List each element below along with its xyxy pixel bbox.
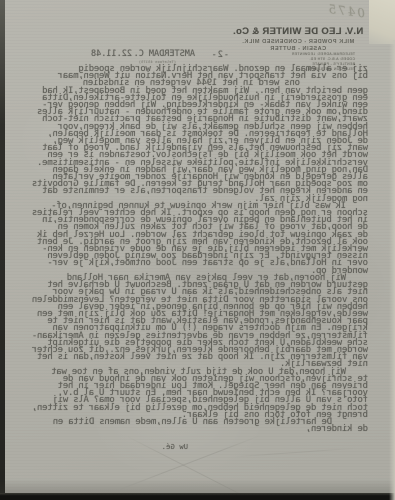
signature: Uw Gé.: [162, 443, 189, 451]
adjacent-paper-corner: [369, 0, 395, 44]
body-line: de kinderen,: [22, 426, 368, 433]
mirrored-sheet: 0475 N.V. LEO DE WINTER & Co. MILK POWDE…: [0, 0, 395, 500]
paragraph: Ik was blij hier mijn werk opnieuw te ku…: [22, 203, 368, 275]
products-line-1: MILK POWDER - CONDENSED MILK.: [228, 39, 368, 45]
scan-edge-left: [0, 0, 5, 500]
pencil-annotation: 0475: [326, 2, 366, 21]
letter-body: zij er allemaal en gezond. Waarschijnlij…: [22, 66, 368, 433]
page-number: -2-: [211, 50, 229, 60]
paper-crease: [235, 448, 355, 457]
paragraph: zij er allemaal en gezond. Waarschijnlij…: [22, 66, 368, 203]
company-name: N.V. LEO DE WINTER & Co.: [228, 26, 368, 37]
scanned-letter-page: 0475 N.V. LEO DE WINTER & Co. MILK POWDE…: [0, 0, 395, 500]
page-bottom-shadow: [0, 479, 395, 493]
place-name: AMSTERDAM C.: [134, 49, 195, 59]
paragraph: Wij hooren,dat er veel pakjes van Amerik…: [22, 275, 368, 369]
scan-edge-right: [389, 40, 395, 500]
letter-date: 22.11.48: [91, 49, 132, 59]
paragraph: Wij hopen,dat U ook de tijd zult vinden,…: [22, 369, 368, 419]
paragraph: De hartelijke groeten aan U allen,mede n…: [22, 419, 368, 433]
scan-edge-bottom: [0, 493, 395, 500]
